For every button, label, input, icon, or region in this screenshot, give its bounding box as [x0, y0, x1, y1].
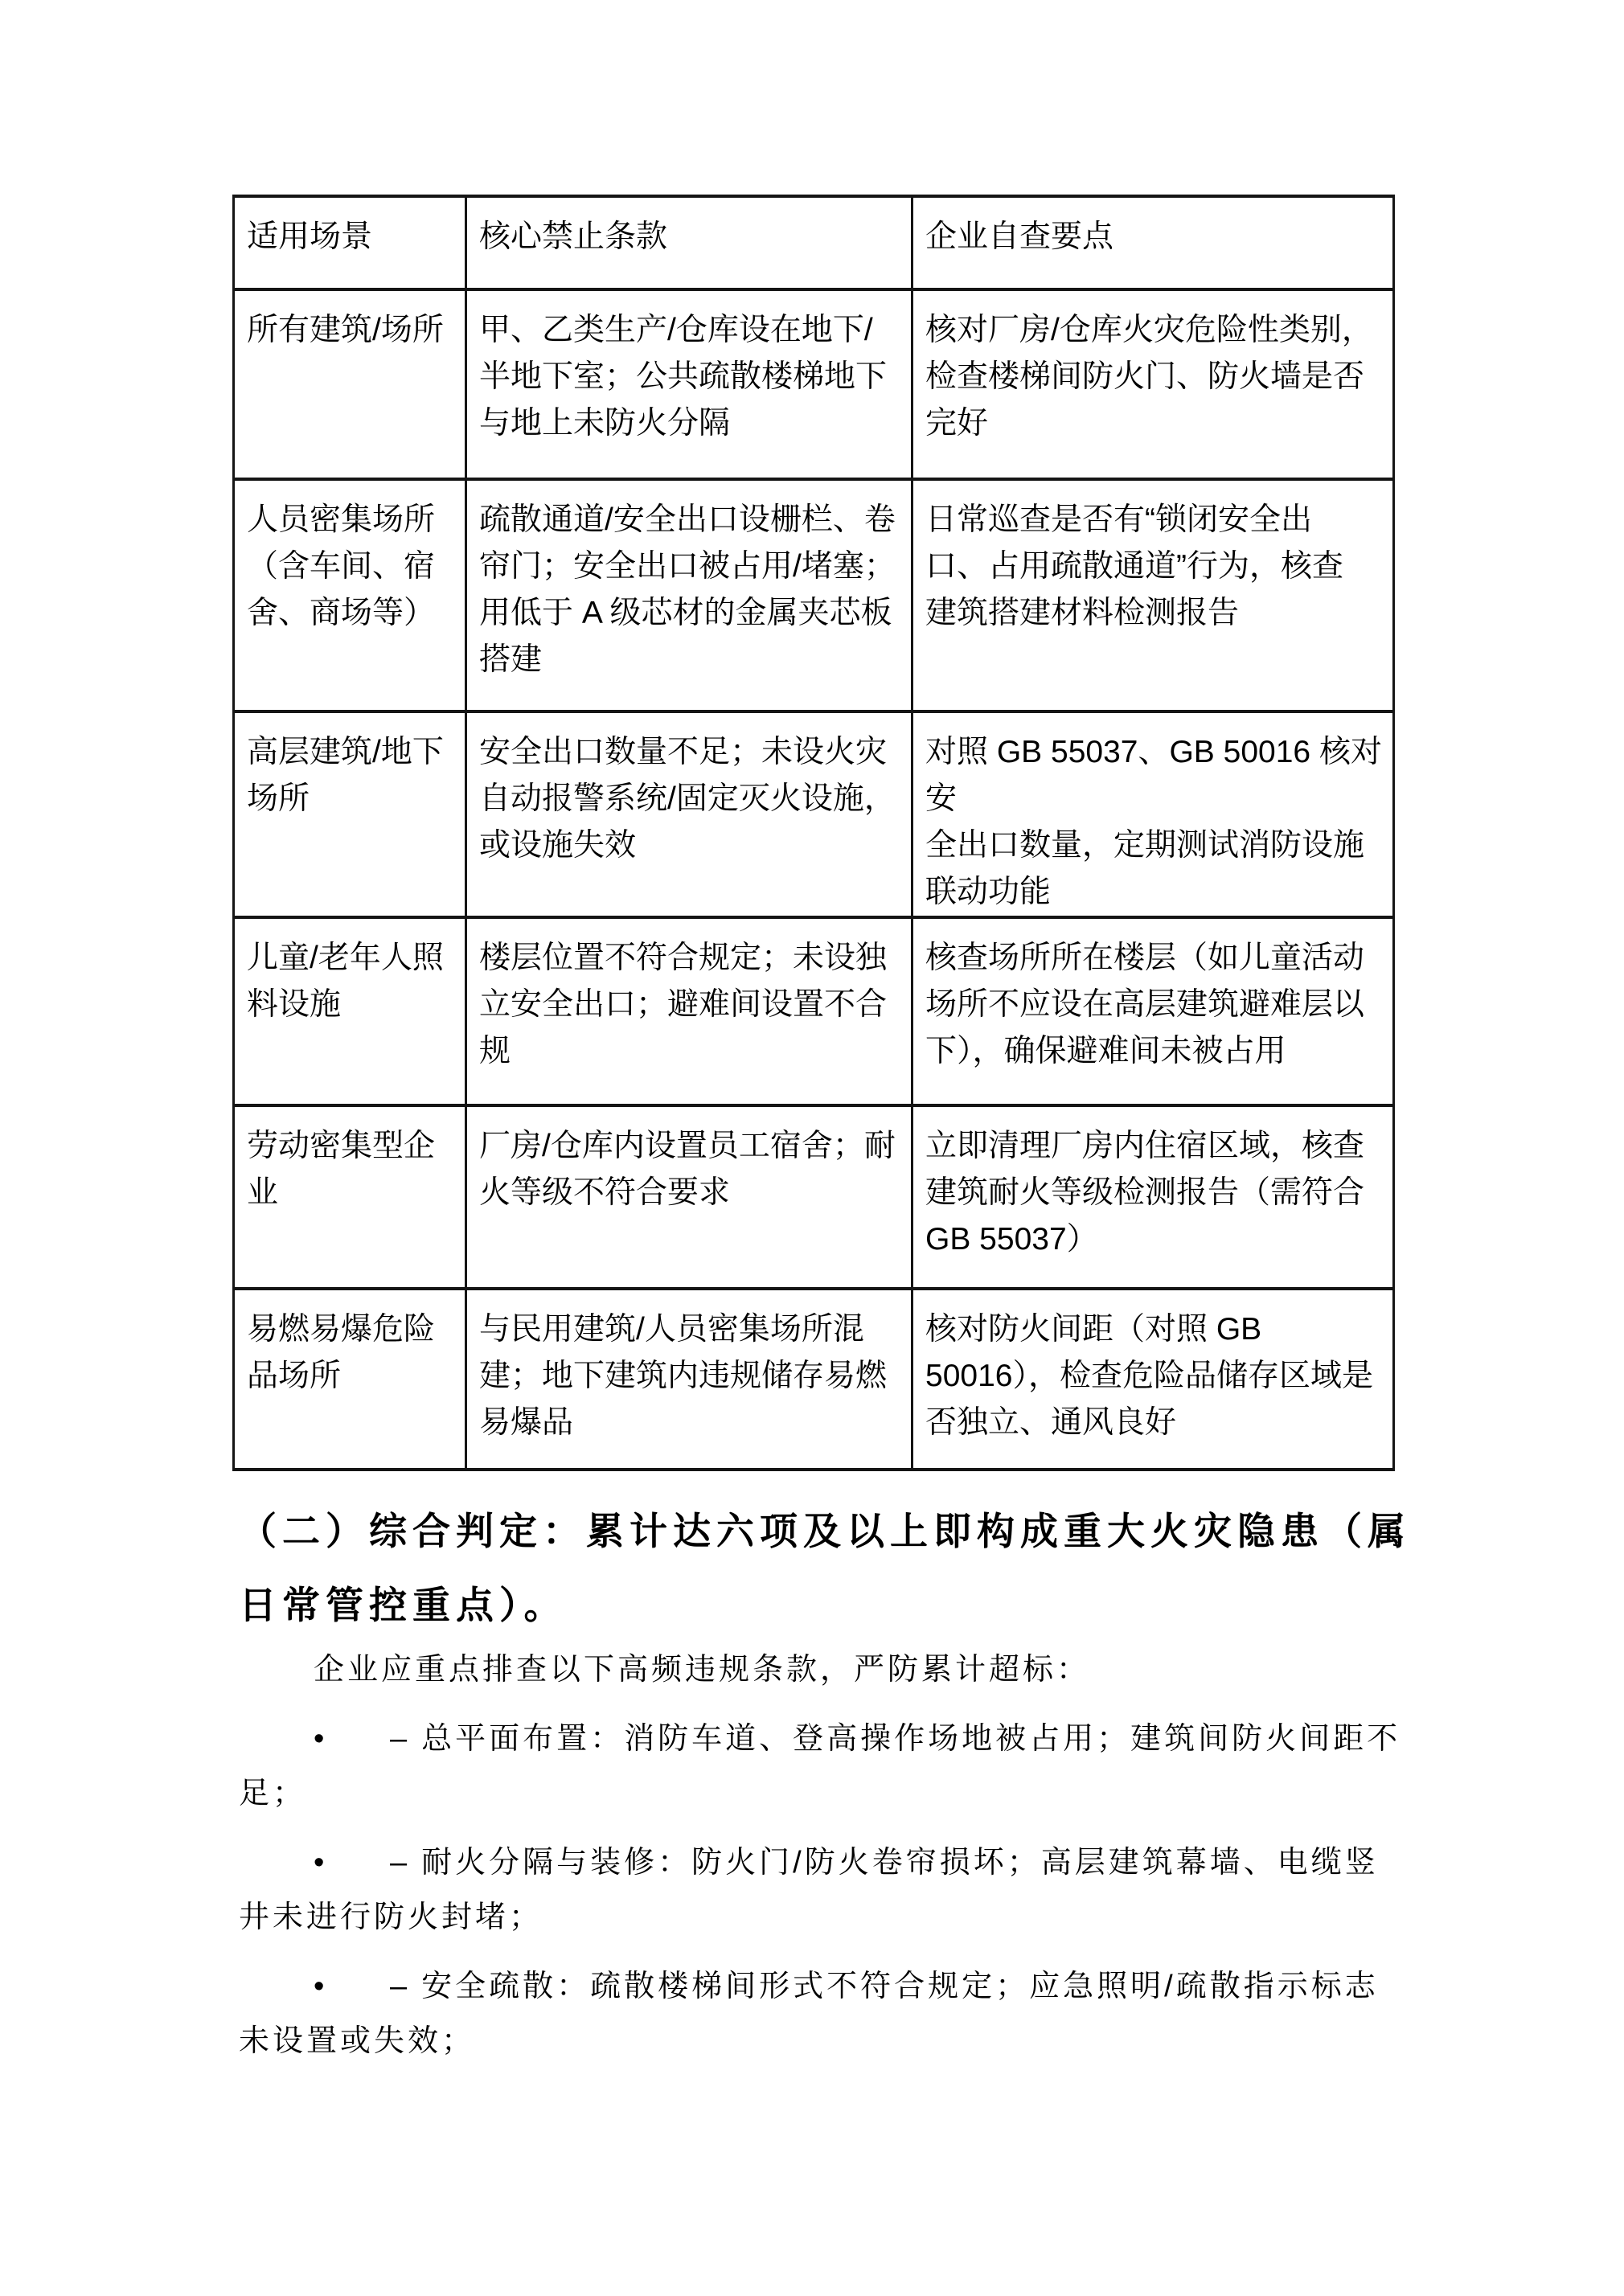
- section-heading-line: 日常管控重点）。: [239, 1568, 1421, 1642]
- cell-prohibited: 疏散通道/安全出口设栅栏、卷 帘门；安全出口被占用/堵塞； 用低于 A 级芯材的…: [466, 479, 912, 711]
- bullet-first-line: •–耐火分隔与装修：防火门/防火卷帘损坏；高层建筑幕墙、电缆竖: [239, 1835, 1421, 1890]
- table-row: 高层建筑/地下 场所 安全出口数量不足；未设火灾 自动报警系统/固定灭火设施， …: [234, 711, 1394, 917]
- cell-self-check: 日常巡查是否有“锁闭安全出 口、占用疏散通道”行为，核查 建筑搭建材料检测报告: [912, 479, 1394, 711]
- cell-scene: 易燃易爆危险 品场所: [234, 1289, 466, 1470]
- bullet-item: •–总平面布置：消防车道、登高操作场地被占用；建筑间防火间距不 足；: [239, 1712, 1421, 1821]
- cell-prohibited: 安全出口数量不足；未设火灾 自动报警系统/固定灭火设施， 或设施失效: [466, 711, 912, 917]
- cell-prohibited: 甲、乙类生产/仓库设在地下/ 半地下室；公共疏散楼梯地下 与地上未防火分隔: [466, 289, 912, 479]
- bullet-item: •–耐火分隔与装修：防火门/防火卷帘损坏；高层建筑幕墙、电缆竖 井未进行防火封堵…: [239, 1835, 1421, 1945]
- section-content: （二）综合判定：累计达六项及以上即构成重大火灾隐患（属 日常管控重点）。 企业应…: [239, 1494, 1421, 2068]
- table-row: 人员密集场所 （含车间、宿 舍、商场等） 疏散通道/安全出口设栅栏、卷 帘门；安…: [234, 479, 1394, 711]
- bullet-item: •–安全疏散：疏散楼梯间形式不符合规定；应急照明/疏散指示标志 未设置或失效；: [239, 1959, 1421, 2068]
- bullet-dash: –: [390, 1712, 410, 1766]
- bullet-marker: •: [314, 1959, 390, 2014]
- table-row: 儿童/老年人照 料设施 楼层位置不符合规定；未设独 立安全出口；避难间设置不合 …: [234, 917, 1394, 1105]
- bullet-marker: •: [314, 1835, 390, 1890]
- cell-prohibited: 与民用建筑/人员密集场所混 建；地下建筑内违规储存易燃 易爆品: [466, 1289, 912, 1470]
- cell-scene: 人员密集场所 （含车间、宿 舍、商场等）: [234, 479, 466, 711]
- cell-self-check: 核对防火间距（对照 GB 50016），检查危险品储存区域是 否独立、通风良好: [912, 1289, 1394, 1470]
- cell-self-check: 核查场所所在楼层（如儿童活动 场所不应设在高层建筑避难层以 下），确保避难间未被…: [912, 917, 1394, 1105]
- bullet-continuation-line: 足；: [239, 1766, 1421, 1821]
- table-header-row: 适用场景 核心禁止条款 企业自查要点: [234, 196, 1394, 289]
- bullet-first-line: •–总平面布置：消防车道、登高操作场地被占用；建筑间防火间距不: [239, 1712, 1421, 1766]
- cell-self-check: 对照 GB 55037、GB 50016 核对安 全出口数量，定期测试消防设施 …: [912, 711, 1394, 917]
- bullet-text: 总平面布置：消防车道、登高操作场地被占用；建筑间防火间距不: [421, 1722, 1400, 1756]
- fire-safety-regulation-table: 适用场景 核心禁止条款 企业自查要点 所有建筑/场所 甲、乙类生产/仓库设在地下…: [232, 195, 1395, 1471]
- bullet-text: 安全疏散：疏散楼梯间形式不符合规定；应急照明/疏散指示标志: [421, 1970, 1379, 2003]
- bullet-marker: •: [314, 1712, 390, 1766]
- bullet-text: 耐火分隔与装修：防火门/防火卷帘损坏；高层建筑幕墙、电缆竖: [421, 1846, 1379, 1880]
- section-heading-line: （二）综合判定：累计达六项及以上即构成重大火灾隐患（属: [239, 1494, 1421, 1568]
- bullet-continuation-line: 未设置或失效；: [239, 2014, 1421, 2068]
- column-header-self-check: 企业自查要点: [912, 196, 1394, 289]
- document-page: 适用场景 核心禁止条款 企业自查要点 所有建筑/场所 甲、乙类生产/仓库设在地下…: [0, 0, 1624, 2296]
- table-row: 易燃易爆危险 品场所 与民用建筑/人员密集场所混 建；地下建筑内违规储存易燃 易…: [234, 1289, 1394, 1470]
- column-header-scene: 适用场景: [234, 196, 466, 289]
- column-header-prohibited: 核心禁止条款: [466, 196, 912, 289]
- intro-paragraph: 企业应重点排查以下高频违规条款，严防累计超标：: [239, 1642, 1421, 1697]
- cell-scene: 儿童/老年人照 料设施: [234, 917, 466, 1105]
- table-row: 所有建筑/场所 甲、乙类生产/仓库设在地下/ 半地下室；公共疏散楼梯地下 与地上…: [234, 289, 1394, 479]
- bullet-first-line: •–安全疏散：疏散楼梯间形式不符合规定；应急照明/疏散指示标志: [239, 1959, 1421, 2014]
- cell-self-check: 立即清理厂房内住宿区域，核查 建筑耐火等级检测报告（需符合 GB 55037）: [912, 1105, 1394, 1289]
- cell-scene: 所有建筑/场所: [234, 289, 466, 479]
- cell-scene: 劳动密集型企 业: [234, 1105, 466, 1289]
- table-row: 劳动密集型企 业 厂房/仓库内设置员工宿舍；耐 火等级不符合要求 立即清理厂房内…: [234, 1105, 1394, 1289]
- bullet-continuation-line: 井未进行防火封堵；: [239, 1890, 1421, 1945]
- cell-prohibited: 厂房/仓库内设置员工宿舍；耐 火等级不符合要求: [466, 1105, 912, 1289]
- cell-scene: 高层建筑/地下 场所: [234, 711, 466, 917]
- section-heading: （二）综合判定：累计达六项及以上即构成重大火灾隐患（属 日常管控重点）。: [239, 1494, 1421, 1642]
- bullet-dash: –: [390, 1959, 410, 2014]
- bullet-dash: –: [390, 1835, 410, 1890]
- cell-prohibited: 楼层位置不符合规定；未设独 立安全出口；避难间设置不合 规: [466, 917, 912, 1105]
- cell-self-check: 核对厂房/仓库火灾危险性类别， 检查楼梯间防火门、防火墙是否 完好: [912, 289, 1394, 479]
